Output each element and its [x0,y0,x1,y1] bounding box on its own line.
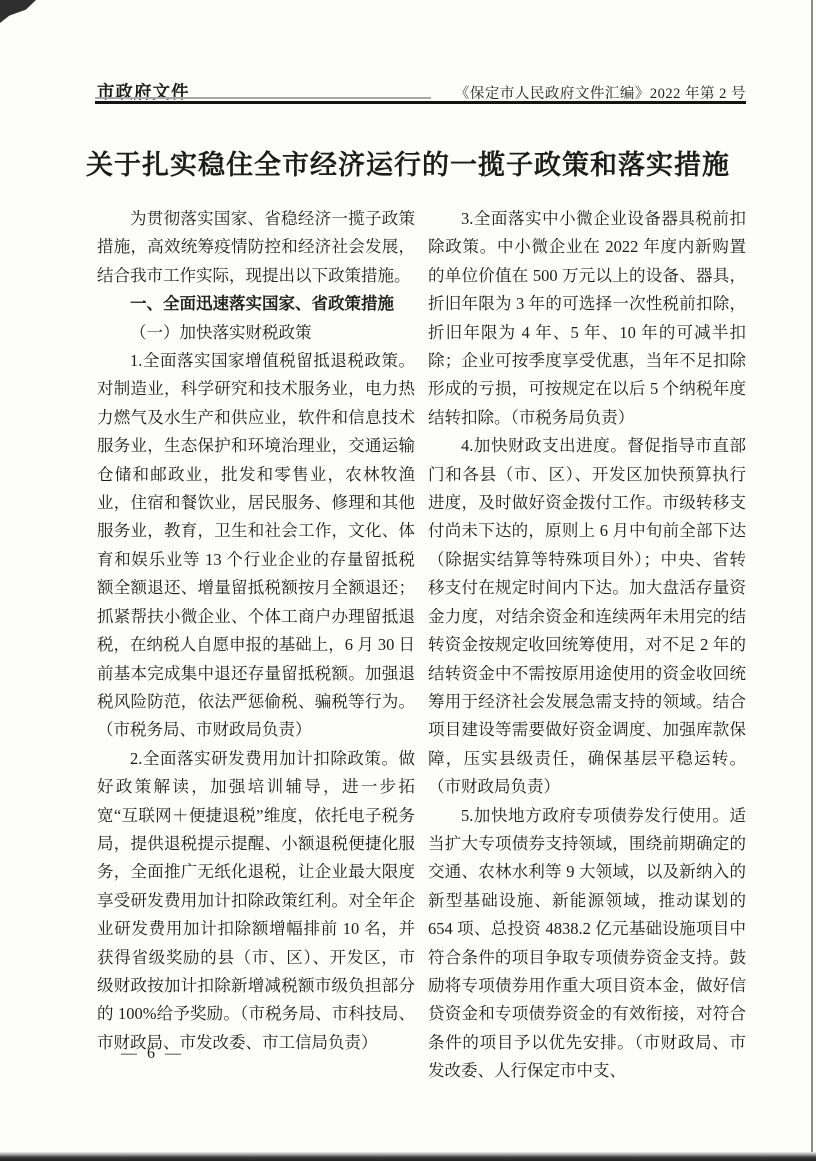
paragraph: 5.加快地方政府专项债券发行使用。适当扩大专项债券支持领域，围绕前期确定的交通、… [428,802,746,1086]
compilation-issue-label: 《保定市人民政府文件汇编》2022 年第 2 号 [455,82,746,103]
paragraph: 4.加快财政支出进度。督促指导市直部门和各县（市、区）、开发区加快预算执行进度，… [428,432,746,801]
scan-right-edge [811,0,813,1161]
scan-bottom-edge [0,1152,816,1161]
paragraph: 为贯彻落实国家、省稳经济一揽子政策措施，高效统筹疫情防控和经济社会发展，结合我市… [97,205,415,290]
paragraph: 3.全面落实中小微企业设备器具税前扣除政策。中小微企业在 2022 年度内新购置… [428,205,746,432]
paragraph: 2.全面落实研发费用加计扣除政策。做好政策解读，加强培训辅导，进一步拓宽“互联网… [97,745,415,1057]
masthead-rule [95,101,746,104]
right-column: 3.全面落实中小微企业设备器具税前扣除政策。中小微企业在 2022 年度内新购置… [428,205,746,1086]
page-title: 关于扎实稳住全市经济运行的一揽子政策和落实措施 [0,143,816,182]
paragraph: 1.全面落实国家增值税留抵退税政策。对制造业，科学研究和技术服务业，电力热力燃气… [97,347,415,745]
subsection-heading: （一）加快落实财税政策 [97,319,415,347]
scan-corner-artifact [0,0,36,23]
document-body: 为贯彻落实国家、省稳经济一揽子政策措施，高效统筹疫情防控和经济社会发展，结合我市… [97,205,747,1086]
document-page: 市政府文件 《保定市人民政府文件汇编》2022 年第 2 号 关于扎实稳住全市经… [0,0,816,1161]
masthead-rule-ghost [95,97,431,99]
section-heading: 一、全面迅速落实国家、省政策措施 [97,290,415,318]
left-column: 为贯彻落实国家、省稳经济一揽子政策措施，高效统筹疫情防控和经济社会发展，结合我市… [97,205,415,1086]
page-number: — 6 — [121,1045,184,1063]
